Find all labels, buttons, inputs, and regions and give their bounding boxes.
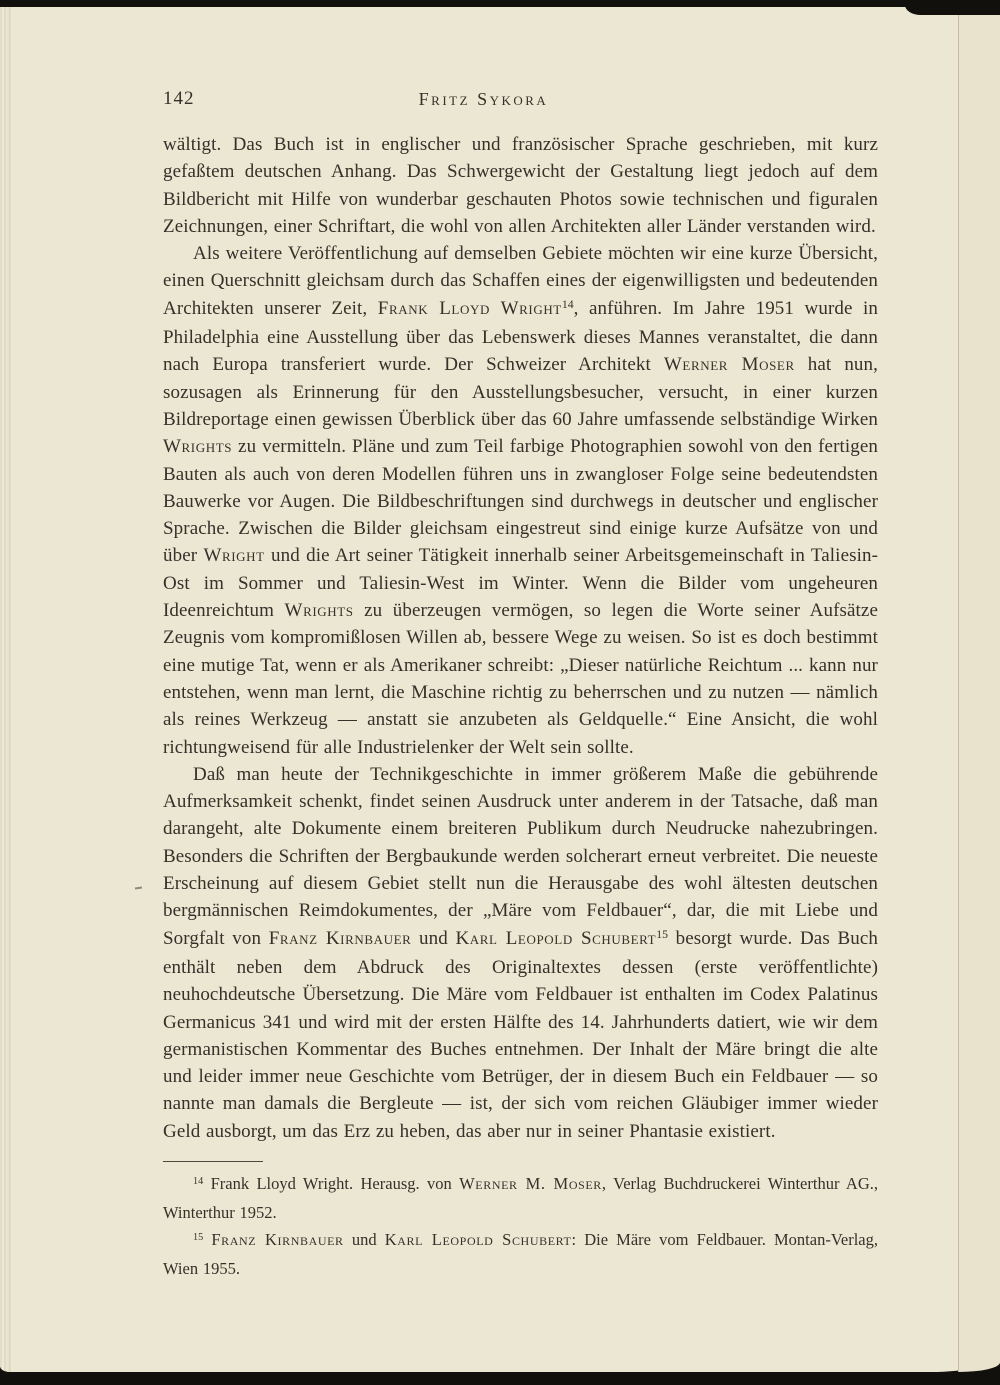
person-name: Franz Kirnbauer [269, 928, 412, 949]
text-run: besorgt wurde. Das Buch enthält neben de… [163, 928, 878, 1142]
footnote-marker: 15 [656, 928, 668, 941]
footnote-rule [163, 1161, 263, 1162]
book-photo: 142 Fritz Sykora wältigt. Das Buch ist i… [0, 0, 1000, 1385]
person-name: Wright [203, 545, 264, 566]
footnote-marker: 14 [193, 1176, 203, 1187]
page-stack-edges [0, 7, 15, 1372]
paragraph: Daß man heute der Technikgeschichte in i… [163, 761, 878, 1145]
running-head: Fritz Sykora [126, 89, 841, 110]
footnote: 14 Frank Lloyd Wright. Herausg. von Wern… [163, 1171, 878, 1227]
stray-mark [135, 887, 142, 890]
book-page: 142 Fritz Sykora wältigt. Das Buch ist i… [0, 7, 1000, 1372]
text-column: 142 Fritz Sykora wältigt. Das Buch ist i… [163, 88, 878, 1283]
person-name: Wrights [285, 600, 354, 621]
text-run: Daß man heute der Technikgeschichte in i… [163, 764, 878, 949]
person-name: Wrights [163, 436, 232, 457]
footnote-marker: 15 [193, 1232, 203, 1243]
page-header: 142 Fritz Sykora [163, 88, 878, 110]
person-name: Werner M. Moser [459, 1174, 602, 1193]
person-name: Karl Leopold Schubert [385, 1230, 572, 1249]
person-name: Werner Moser [664, 354, 795, 375]
person-name: Frank Lloyd Wright [378, 298, 562, 319]
person-name: Franz Kirnbauer [211, 1230, 343, 1249]
footnote-marker: 14 [562, 298, 574, 311]
text-run: wältigt. Das Buch ist in englischer und … [163, 134, 878, 237]
paragraph: wältigt. Das Buch ist in englischer und … [163, 131, 878, 240]
person-name: Karl Leopold Schubert [455, 928, 656, 949]
paragraph: Als weitere Veröffentlichung auf demselb… [163, 240, 878, 761]
footnotes: 14 Frank Lloyd Wright. Herausg. von Wern… [163, 1171, 878, 1283]
footnote: 15 Franz Kirnbauer und Karl Leopold Schu… [163, 1227, 878, 1283]
text-run: zu überzeugen vermögen, so legen die Wor… [163, 600, 878, 757]
body-text: wältigt. Das Buch ist in englischer und … [163, 131, 878, 1145]
page-edge-crease [958, 7, 1000, 1372]
text-run: und [411, 928, 455, 949]
cover-top-right-corner [905, 0, 1000, 15]
text-run: Frank Lloyd Wright. Herausg. von [203, 1174, 459, 1193]
text-run: und [344, 1230, 385, 1249]
